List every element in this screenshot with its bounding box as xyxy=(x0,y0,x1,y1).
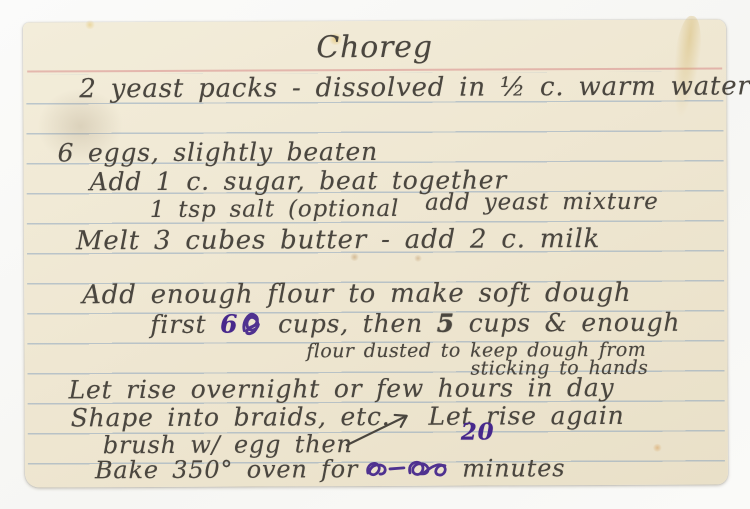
bake-post-text: minutes xyxy=(462,454,565,482)
recipe-line-flour-2: first 6 cups, then 5 cups & enough xyxy=(150,308,680,343)
arrow-icon xyxy=(343,407,419,449)
scribbled-out-bake-time xyxy=(364,455,456,487)
recipe-line-bake: Bake 350° oven forminutes xyxy=(95,454,566,488)
recipe-line-butter: Melt 3 cubes butter - add 2 c. milk xyxy=(76,224,600,256)
flour-amount-correction-purple: 6 xyxy=(220,310,238,339)
recipe-line-eggs: 6 eggs, slightly beaten xyxy=(57,137,378,167)
flour-mid-text: cups, then xyxy=(278,309,423,339)
salt-note-text: add yeast mixture xyxy=(425,189,659,216)
recipe-line-flour-1: Add enough flour to make soft dough xyxy=(82,278,631,310)
recipe-line-yeast: 2 yeast packs - dissolved in ½ c. warm w… xyxy=(79,71,750,104)
bake-pre-text: Bake 350° oven for xyxy=(95,455,358,484)
recipe-line-rise: Let rise overnight or few hours in day xyxy=(69,373,615,404)
recipe-line-salt: 1 tsp salt (optionaladd yeast mixture xyxy=(150,195,659,223)
stain-spot-top-left xyxy=(85,20,95,29)
flour-amount-overwritten: 5 xyxy=(437,309,455,338)
bake-time-correction-purple: 20 xyxy=(461,418,495,445)
salt-text: 1 tsp salt (optional xyxy=(150,196,399,223)
scribbled-out-number xyxy=(240,310,262,342)
flour-pre-text: first xyxy=(150,310,206,339)
recipe-title: Choreg xyxy=(23,28,726,66)
photo-background: { "colors": { "card_background": "#efe7d… xyxy=(0,0,750,509)
flour-post-text: cups & enough xyxy=(469,308,681,338)
rise-again-text: Let rise again xyxy=(428,401,624,431)
index-card: Choreg 2 yeast packs - dissolved in ½ c.… xyxy=(23,19,728,487)
